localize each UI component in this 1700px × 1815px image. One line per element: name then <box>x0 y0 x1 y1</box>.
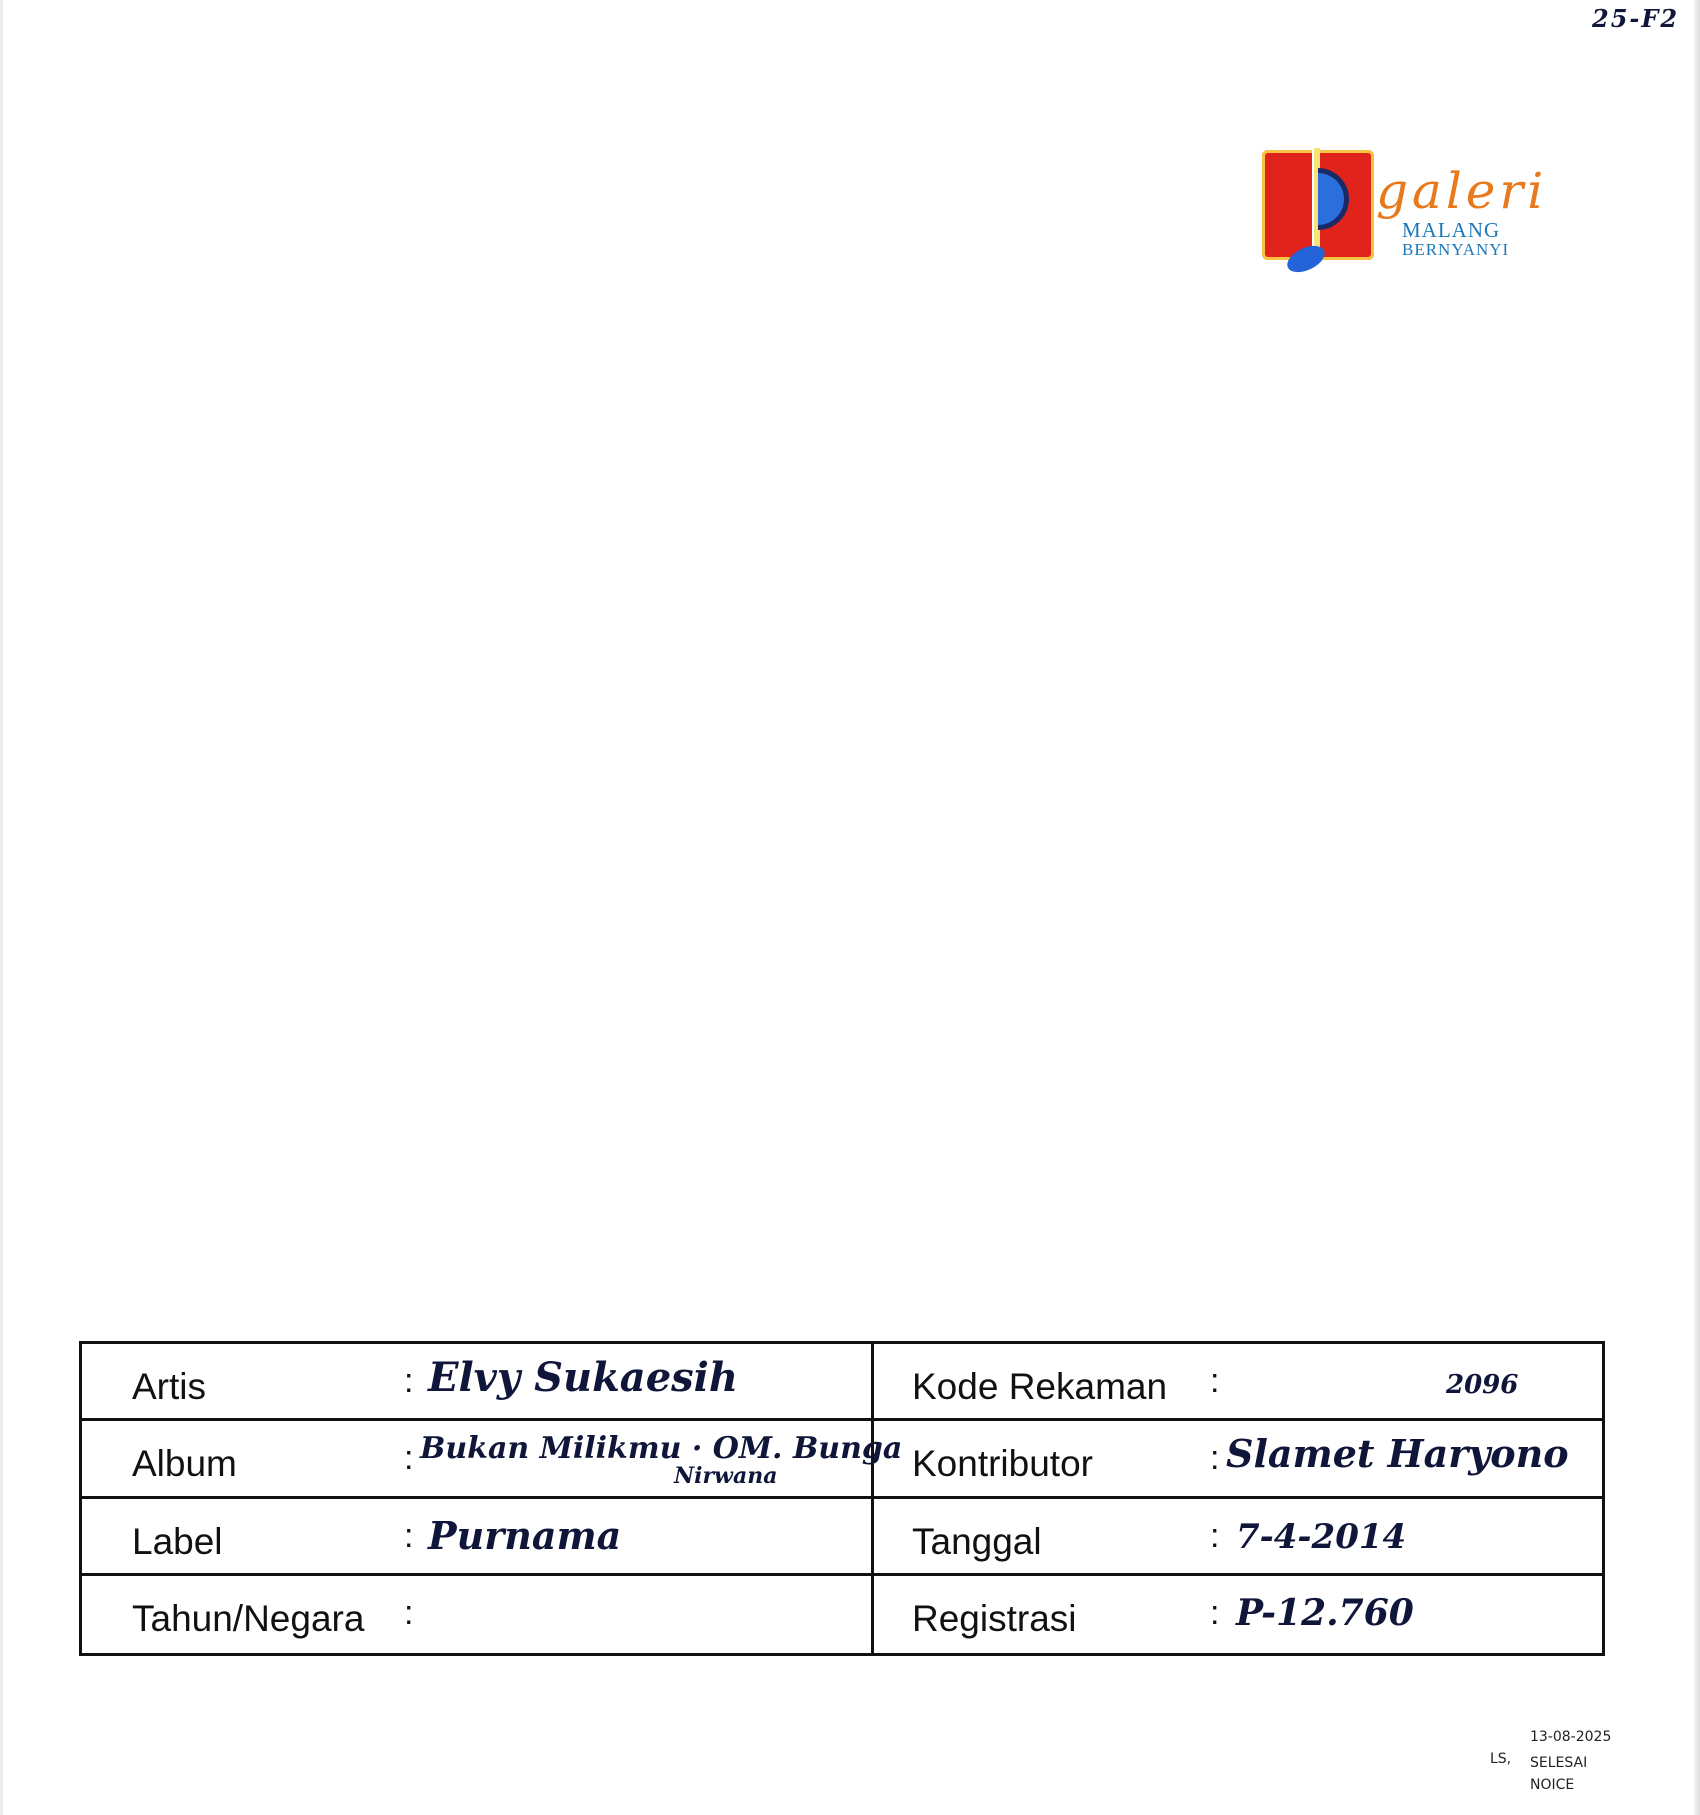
field-registrasi: Registrasi : P-12.760 <box>874 1576 1602 1653</box>
footnote-status: SELESAI <box>1530 1752 1587 1774</box>
field-artis: Artis : Elvy Sukaesih <box>82 1344 874 1421</box>
field-separator: : <box>404 1439 413 1478</box>
field-label: Tahun/Negara <box>132 1598 364 1640</box>
logo-wordmark: galeri <box>1376 162 1547 220</box>
footnote-initials: LS, <box>1490 1748 1511 1770</box>
galeri-malang-bernyanyi-logo: galeri MALANG BERNYANYI <box>1262 148 1542 278</box>
record-info-table: Artis : Elvy Sukaesih Kode Rekaman : 209… <box>79 1341 1605 1656</box>
field-label: Kode Rekaman <box>912 1366 1167 1408</box>
logo-line-2: BERNYANYI <box>1402 240 1509 260</box>
field-tahun-negara: Tahun/Negara : <box>82 1576 874 1653</box>
field-value-artis: Elvy Sukaesih <box>428 1354 738 1401</box>
page-edge-left <box>0 0 3 1815</box>
field-value-album: Bukan Milikmu · OM. Bunga <box>420 1431 902 1466</box>
field-separator: : <box>404 1362 413 1401</box>
field-label: Album <box>132 1443 237 1485</box>
field-value-tanggal: 7-4-2014 <box>1236 1517 1406 1557</box>
field-tanggal: Tanggal : 7-4-2014 <box>874 1499 1602 1576</box>
field-separator: : <box>1210 1439 1219 1478</box>
field-value-kontributor: Slamet Haryono <box>1226 1431 1569 1476</box>
page-edge-right <box>1694 0 1700 1815</box>
field-value-label: Purnama <box>428 1513 621 1558</box>
corner-handwritten-code: 25-F2 <box>1592 4 1679 33</box>
field-label: Registrasi <box>912 1598 1077 1640</box>
field-value-registrasi: P-12.760 <box>1236 1592 1414 1634</box>
field-label: Label <box>132 1521 223 1563</box>
field-label-company: Label : Purnama <box>82 1499 874 1576</box>
field-kontributor: Kontributor : Slamet Haryono <box>874 1421 1602 1498</box>
field-label: Artis <box>132 1366 206 1408</box>
footnote-date: 13-08-2025 <box>1530 1726 1611 1748</box>
field-kode-rekaman: Kode Rekaman : 2096 <box>874 1344 1602 1421</box>
field-separator: : <box>404 1594 413 1633</box>
field-value-kode-rekaman: 2096 <box>1446 1370 1518 1400</box>
field-album: Album : Bukan Milikmu · OM. Bunga Nirwan… <box>82 1421 874 1498</box>
field-value-album-line2: Nirwana <box>674 1463 778 1489</box>
field-separator: : <box>1210 1517 1219 1556</box>
footnote-status-2: NOICE <box>1530 1774 1574 1796</box>
field-separator: : <box>1210 1362 1219 1401</box>
field-label: Kontributor <box>912 1443 1093 1485</box>
field-label: Tanggal <box>912 1521 1042 1563</box>
field-separator: : <box>1210 1594 1219 1633</box>
field-separator: : <box>404 1517 413 1556</box>
